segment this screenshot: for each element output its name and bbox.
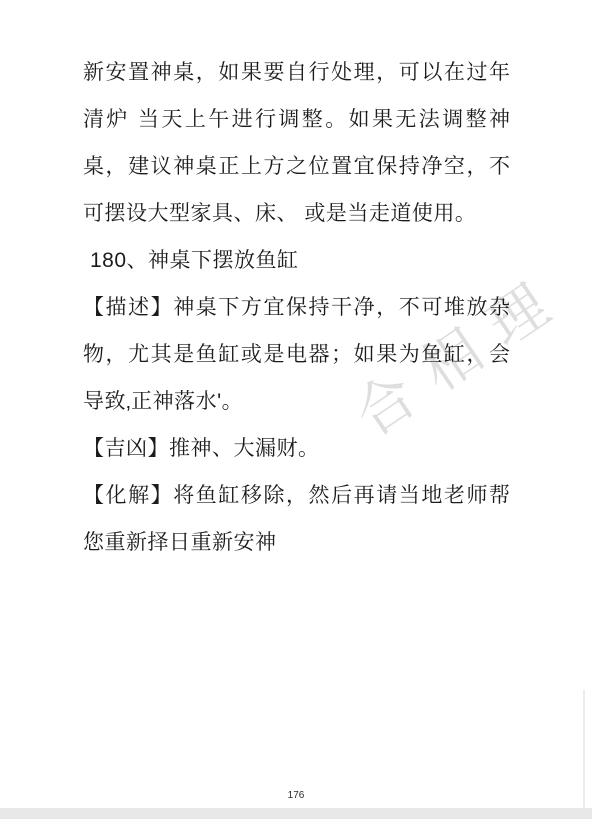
text-line: 导致‚正神落水'。 — [83, 378, 510, 425]
section-heading: 180、神桌下摆放鱼缸 — [83, 237, 510, 284]
text-line: 您重新择日重新安神 — [83, 519, 510, 566]
text-line: 【描述】神桌下方宜保持干净，不可堆放杂 — [83, 284, 510, 331]
document-page: 合相理 新安置神桌，如果要自行处理，可以在过年 清炉 当天上午进行调整。如果无法… — [0, 0, 592, 819]
text-line: 桌，建议神桌正上方之位置宜保持净空，不 — [83, 143, 510, 190]
page-edge-line — [583, 690, 585, 808]
text-line: 【化解】将鱼缸移除，然后再请当地老师帮 — [83, 472, 510, 519]
page-bottom-edge — [0, 808, 592, 819]
text-line: 物，尤其是鱼缸或是电器；如果为鱼缸，会 — [83, 331, 510, 378]
page-number: 176 — [0, 790, 592, 801]
text-line: 可摆设大型家具、床、 或是当走道使用。 — [83, 190, 510, 237]
text-line: 新安置神桌，如果要自行处理，可以在过年 — [83, 49, 510, 96]
text-line: 清炉 当天上午进行调整。如果无法调整神 — [83, 96, 510, 143]
text-line: 【吉凶】推神、大漏财。 — [83, 425, 510, 472]
page-text-block: 新安置神桌，如果要自行处理，可以在过年 清炉 当天上午进行调整。如果无法调整神 … — [83, 49, 510, 566]
